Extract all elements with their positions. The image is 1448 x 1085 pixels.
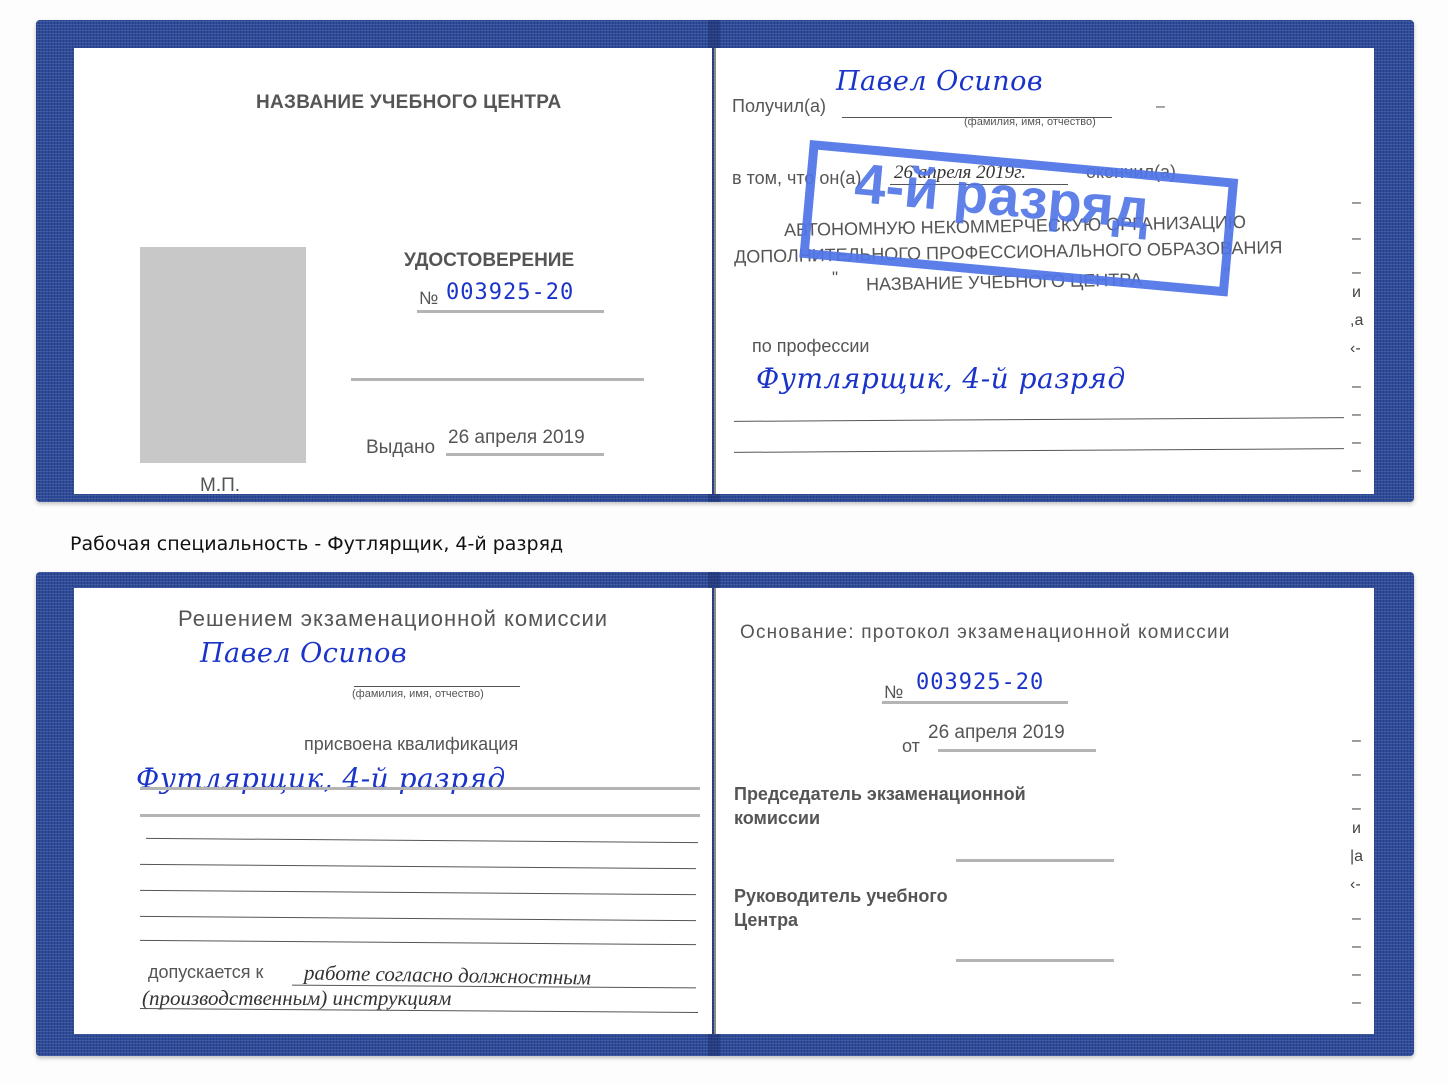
certificate-scan: НАЗВАНИЕ УЧЕБНОГО ЦЕНТРА УДОСТОВЕРЕНИЕ №… <box>0 0 1448 1085</box>
edge-mark: ,а <box>1350 312 1363 330</box>
edge-mark: – <box>1352 264 1361 282</box>
name-hint: (фамилия, имя, отчество) <box>352 688 484 700</box>
decision-left-page: Решением экзаменационной комиссии Павел … <box>74 588 712 1034</box>
edge-mark: – <box>1352 732 1361 750</box>
edge-mark: ‹- <box>1350 340 1361 358</box>
blank-line <box>140 916 696 921</box>
number-underline <box>417 310 604 313</box>
org-quote-open: " <box>832 268 838 288</box>
edge-mark: – <box>1352 938 1361 956</box>
doc-title: УДОСТОВЕРЕНИЕ <box>404 250 574 272</box>
number-label: № <box>419 288 438 309</box>
qualification-line-1 <box>140 787 700 790</box>
head-label-1: Руководитель учебного <box>734 886 948 907</box>
qualification-label: присвоена квалификация <box>304 734 518 755</box>
edge-mark: – <box>1352 766 1361 784</box>
edge-mark: ‹- <box>1350 876 1361 894</box>
blank-line <box>140 940 696 945</box>
issued-label: Выдано <box>366 437 435 459</box>
qualification-line-2 <box>140 814 700 817</box>
protocol-date: 26 апреля 2019 <box>928 722 1065 744</box>
org-name: НАЗВАНИЕ УЧЕБНОГО ЦЕНТРА <box>256 92 562 114</box>
profession-line-1 <box>734 417 1344 422</box>
edge-mark: – <box>1352 230 1361 248</box>
specialty-caption: Рабочая специальность - Футлярщик, 4-й р… <box>70 533 563 555</box>
person-name: Павел Осипов <box>200 638 407 669</box>
edge-mark: – <box>1352 966 1361 984</box>
protocol-date-underline <box>938 749 1096 752</box>
seal-label: М.П. <box>200 475 240 497</box>
blank-line <box>146 838 698 843</box>
edge-mark: – <box>1352 800 1361 818</box>
profession-line-2 <box>734 448 1344 453</box>
issued-underline <box>446 453 604 456</box>
protocol-number-label: № <box>884 682 903 703</box>
edge-mark: – <box>1352 910 1361 928</box>
blank-line <box>140 890 696 895</box>
admitted-value-line-2: (производственным) инструкциям <box>142 986 451 1011</box>
basis-heading: Основание: протокол экзаменационной коми… <box>740 622 1231 644</box>
qualification-value: Футлярщик, 4-й разряд <box>136 762 506 795</box>
received-label: Получил(а) <box>732 96 826 117</box>
certificate-number: 003925-20 <box>446 280 574 305</box>
admitted-label: допускается к <box>148 962 263 983</box>
chairman-label-2: комиссии <box>734 808 820 829</box>
blank-line <box>140 864 696 869</box>
chairman-signature-line <box>956 859 1114 862</box>
name-underline <box>354 686 520 687</box>
edge-mark: и <box>1352 284 1361 302</box>
dash-mark: – <box>1156 98 1165 116</box>
certificate-left-page: НАЗВАНИЕ УЧЕБНОГО ЦЕНТРА УДОСТОВЕРЕНИЕ №… <box>74 48 712 494</box>
edge-mark: – <box>1352 462 1361 480</box>
protocol-date-label: от <box>902 736 920 757</box>
head-label-2: Центра <box>734 910 798 931</box>
edge-mark: – <box>1352 406 1361 424</box>
name-hint: (фамилия, имя, отчество) <box>964 116 1096 128</box>
edge-mark: и <box>1352 820 1361 838</box>
profession-value: Футлярщик, 4-й разряд <box>756 362 1126 395</box>
recipient-name: Павел Осипов <box>836 66 1043 97</box>
basis-right-page: Основание: протокол экзаменационной коми… <box>714 588 1374 1034</box>
edge-mark: – <box>1352 194 1361 212</box>
bottom-booklet-cover: Решением экзаменационной комиссии Павел … <box>36 572 1414 1056</box>
decision-heading: Решением экзаменационной комиссии <box>178 606 608 632</box>
edge-mark: – <box>1352 378 1361 396</box>
photo-placeholder <box>140 247 306 463</box>
protocol-number: 003925-20 <box>916 670 1044 695</box>
edge-mark: – <box>1352 994 1361 1012</box>
issued-date: 26 апреля 2019 <box>448 427 585 449</box>
edge-mark: |а <box>1350 848 1363 866</box>
profession-label: по профессии <box>752 336 869 357</box>
edge-mark: – <box>1352 434 1361 452</box>
head-signature-line <box>956 959 1114 962</box>
signature-line <box>351 378 644 381</box>
protocol-number-underline <box>882 701 1068 704</box>
chairman-label-1: Председатель экзаменационной <box>734 784 1026 805</box>
